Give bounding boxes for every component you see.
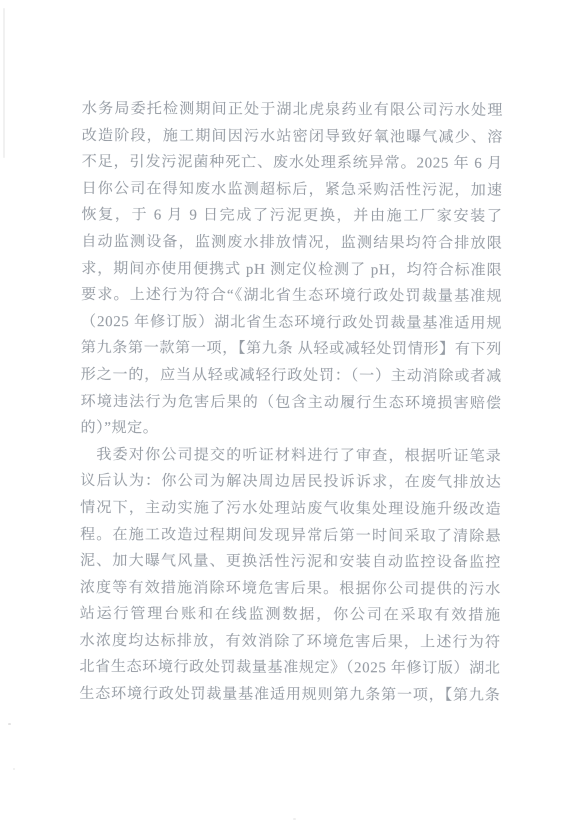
text-line: 水务局委托检测期间正处于湖北虎泉药业有限公司污水处理站 xyxy=(82,96,503,124)
text-line: 生态环境行政处罚裁量基准适用规则第九条第一项，【第九条 从 xyxy=(79,681,500,709)
scan-speck xyxy=(8,723,11,725)
text-line: 形之一的，应当从轻或减轻行政处罚：（一）主动消除或者减轻 xyxy=(81,362,502,390)
text-line: 日你公司在得知废水监测超标后，紧急采购活性污泥，加速系统 xyxy=(82,176,503,204)
text-line: 情况下，主动实施了污水处理站废气收集处理设施升级改造工 xyxy=(80,495,501,523)
text-line: 我委对你公司提交的听证材料进行了审查，根据听证笔录合 xyxy=(80,442,501,470)
text-line: 水浓度均达标排放，有效消除了环境危害后果，上述行为符合《湖 xyxy=(80,628,501,656)
document-page: 水务局委托检测期间正处于湖北虎泉药业有限公司污水处理站改造阶段，施工期间因污水站… xyxy=(0,0,580,826)
scan-edge-smudge xyxy=(3,8,5,158)
scan-speck xyxy=(13,768,15,770)
text-line: 求，期间亦使用便携式 pH 测定仪检测了 pH，均符合标准限值 xyxy=(81,256,502,284)
text-line: 不足，引发污泥菌种死亡、废水处理系统异常。2025 年 6 月 5 xyxy=(82,149,503,177)
text-line: 改造阶段，施工期间因污水站密闭导致好氧池曝气减少、溶解氧 xyxy=(82,123,503,151)
text-line: 要求。上述行为符合“《湖北省生态环境行政处罚裁量基准规定》 xyxy=(81,282,502,310)
text-line: 恢复，于 6 月 9 日完成了污泥更换，并由施工厂家安装了 COD xyxy=(81,202,502,230)
text-line: 议后认为：你公司为解决周边居民投诉诉求，在废气排放达标的 xyxy=(80,468,501,496)
text-line: 的）”规定。 xyxy=(80,415,501,443)
text-line: 站运行管理台账和在线监测数据，你公司在采取有效措施后，出 xyxy=(80,601,501,629)
text-line: 程。在施工改造过程期间发现异常后第一时间采取了清除悬浮污 xyxy=(80,521,501,549)
text-line: 环境违法行为危害后果的（包含主动履行生态环境损害赔偿责任 xyxy=(81,389,502,417)
scan-speck xyxy=(293,818,296,820)
text-line: 自动监测设备，监测废水排放情况，监测结果均符合排放限值要 xyxy=(81,229,502,257)
text-line: 泥、加大曝气风量、更换活性污泥和安装自动监控设备监控出水 xyxy=(80,548,501,576)
text-line: （2025 年修订版）湖北省生态环境行政处罚裁量基准适用规则 xyxy=(81,309,502,337)
text-line: 浓度等有效措施消除环境危害后果。根据你公司提供的污水处理 xyxy=(80,575,501,603)
text-line: 北省生态环境行政处罚裁量基准规定》（2025 年修订版）湖北省 xyxy=(79,654,500,682)
document-text: 水务局委托检测期间正处于湖北虎泉药业有限公司污水处理站改造阶段，施工期间因污水站… xyxy=(79,96,503,709)
text-line: 第九条第一款第一项，【第九条 从轻或减轻处罚情形】有下列情 xyxy=(81,335,502,363)
